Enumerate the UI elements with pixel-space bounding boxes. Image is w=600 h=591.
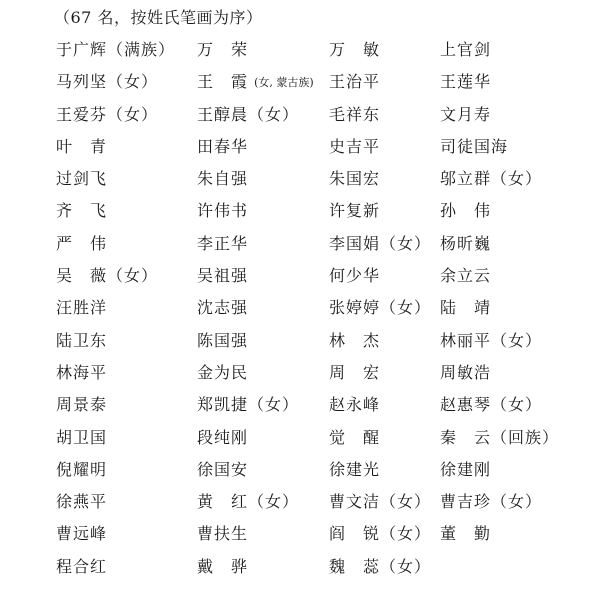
name-row: 陆卫东 陈国强 林 杰 林丽平（女） <box>56 330 596 362</box>
name-cell: 董 勤 <box>440 523 491 545</box>
name-row: 叶 青 田春华 史吉平 司徒国海 <box>56 136 596 168</box>
list-heading: （67 名，按姓氏笔画为序） <box>54 7 262 29</box>
name-row: 于广辉（满族） 万 荣 万 敏 上官剑 <box>56 39 596 71</box>
name-cell: 赵惠琴（女） <box>440 394 542 416</box>
name-row: 曹远峰 曹扶生 阎 锐（女） 董 勤 <box>56 523 596 555</box>
name-cell: 司徒国海 <box>440 136 508 158</box>
name-cell: 沈志强 <box>197 297 248 319</box>
name-cell: 李国娟（女） <box>329 233 431 255</box>
name-cell: 林 杰 <box>329 330 380 352</box>
name-cell-with-note: 王 霞 (女, 蒙古族) <box>197 71 314 94</box>
name-cell: 万 敏 <box>329 39 380 61</box>
name-cell: 徐国安 <box>197 459 248 481</box>
name-row: 齐 飞 许伟书 许复新 孙 伟 <box>56 200 596 232</box>
name-cell: 陆 靖 <box>440 297 491 319</box>
name-cell: 吴 薇（女） <box>56 265 158 287</box>
name-cell: 于广辉（满族） <box>56 39 175 61</box>
name-cell: 许复新 <box>329 200 380 222</box>
name-cell: 徐燕平 <box>56 491 107 513</box>
name-row: 吴 薇（女） 吴祖强 何少华 余立云 <box>56 265 596 297</box>
name-cell: 魏 蕊（女） <box>329 556 431 578</box>
name-cell: 程合红 <box>56 556 107 578</box>
name-cell: 曹吉珍（女） <box>440 491 542 513</box>
name-cell: 毛祥东 <box>329 104 380 126</box>
name-row: 林海平 金为民 周 宏 周敏浩 <box>56 362 596 394</box>
name-cell: 曹文洁（女） <box>329 491 431 513</box>
name-cell: 杨昕巍 <box>440 233 491 255</box>
name-row: 严 伟 李正华 李国娟（女） 杨昕巍 <box>56 233 596 265</box>
name-cell: 严 伟 <box>56 233 107 255</box>
name-cell: 阎 锐（女） <box>329 523 431 545</box>
name-cell: 马列坚（女） <box>56 71 158 93</box>
name-cell: 何少华 <box>329 265 380 287</box>
name-cell: 王醇晨（女） <box>197 104 299 126</box>
name-cell: 段纯刚 <box>197 427 248 449</box>
name-cell: 李正华 <box>197 233 248 255</box>
name-cell: 觉 醒 <box>329 427 380 449</box>
name-cell: 朱国宏 <box>329 168 380 190</box>
name-cell: 王治平 <box>329 71 380 93</box>
name-cell: 林海平 <box>56 362 107 384</box>
name-row: 倪耀明 徐国安 徐建光 徐建刚 <box>56 459 596 491</box>
name-cell: 文月寿 <box>440 104 491 126</box>
name-text: 王 霞 <box>197 72 248 91</box>
name-cell: 齐 飞 <box>56 200 107 222</box>
name-cell: 汪胜洋 <box>56 297 107 319</box>
name-grid: 于广辉（满族） 万 荣 万 敏 上官剑 马列坚（女） 王 霞 (女, 蒙古族) … <box>56 39 596 588</box>
name-cell: 史吉平 <box>329 136 380 158</box>
name-row: 汪胜洋 沈志强 张婷婷（女） 陆 靖 <box>56 297 596 329</box>
name-cell: 张婷婷（女） <box>329 297 431 319</box>
name-row: 王爱芬（女） 王醇晨（女） 毛祥东 文月寿 <box>56 104 596 136</box>
name-cell: 田春华 <box>197 136 248 158</box>
name-cell: 余立云 <box>440 265 491 287</box>
name-cell: 朱自强 <box>197 168 248 190</box>
name-cell: 曹远峰 <box>56 523 107 545</box>
name-cell: 万 荣 <box>197 39 248 61</box>
name-cell: 周 宏 <box>329 362 380 384</box>
name-cell: 赵永峰 <box>329 394 380 416</box>
name-cell: 戴 骅 <box>197 556 248 578</box>
name-row: 过剑飞 朱自强 朱国宏 邬立群（女） <box>56 168 596 200</box>
name-cell: 郑凯捷（女） <box>197 394 299 416</box>
name-cell: 金为民 <box>197 362 248 384</box>
name-row: 徐燕平 黄 红（女） 曹文洁（女） 曹吉珍（女） <box>56 491 596 523</box>
name-cell: 吴祖强 <box>197 265 248 287</box>
name-cell: 孙 伟 <box>440 200 491 222</box>
name-cell: 王爱芬（女） <box>56 104 158 126</box>
name-cell: 王莲华 <box>440 71 491 93</box>
name-cell: 黄 红（女） <box>197 491 299 513</box>
name-row: 马列坚（女） 王 霞 (女, 蒙古族) 王治平 王莲华 <box>56 71 596 103</box>
inline-note: (女, 蒙古族) <box>254 76 314 89</box>
name-cell: 曹扶生 <box>197 523 248 545</box>
name-row: 程合红 戴 骅 魏 蕊（女） <box>56 556 596 588</box>
name-cell: 秦 云（回族） <box>440 427 559 449</box>
name-cell: 上官剑 <box>440 39 491 61</box>
name-cell: 徐建光 <box>329 459 380 481</box>
name-cell: 胡卫国 <box>56 427 107 449</box>
name-cell: 倪耀明 <box>56 459 107 481</box>
name-row: 胡卫国 段纯刚 觉 醒 秦 云（回族） <box>56 427 596 459</box>
name-cell: 周景泰 <box>56 394 107 416</box>
name-cell: 徐建刚 <box>440 459 491 481</box>
name-cell: 林丽平（女） <box>440 330 542 352</box>
name-cell: 许伟书 <box>197 200 248 222</box>
name-cell: 陆卫东 <box>56 330 107 352</box>
name-cell: 周敏浩 <box>440 362 491 384</box>
name-row: 周景泰 郑凯捷（女） 赵永峰 赵惠琴（女） <box>56 394 596 426</box>
name-cell: 过剑飞 <box>56 168 107 190</box>
name-cell: 叶 青 <box>56 136 107 158</box>
name-cell: 邬立群（女） <box>440 168 542 190</box>
name-cell: 陈国强 <box>197 330 248 352</box>
